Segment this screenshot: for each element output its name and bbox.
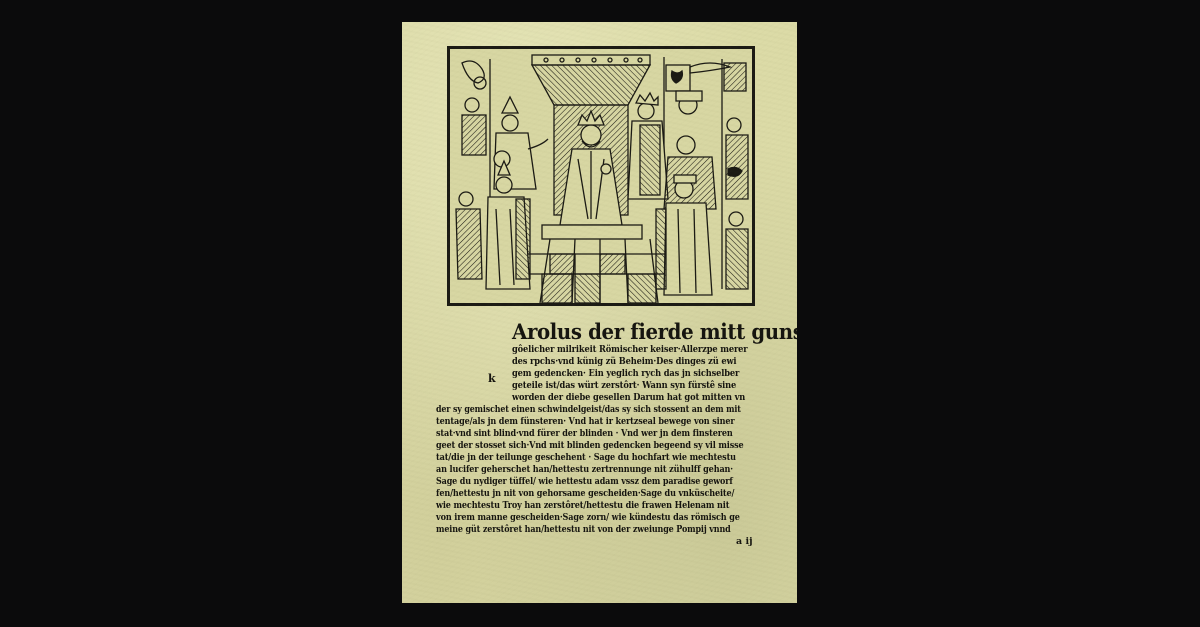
enthroned-emperor-woodcut-icon [450,49,752,303]
woodcut-illustration [447,46,755,306]
text-line: worden der diebe gesellen Darum hat got … [512,392,745,404]
headline: Arolus der fierde mitt gunste [512,320,768,344]
text-line: an lucifer geherschet han/hettestu zertr… [436,464,733,476]
text-line: geet der stosset sich·Vnd mit blinden ge… [436,440,744,452]
text-line: meine güt zerstôret han/hettestu nit von… [436,524,731,536]
text-line: stat·vnd sint blind·vnd fürer der blinde… [436,428,733,440]
text-line: geteile ist/das würt zerstôrt· Wann syn … [512,380,736,392]
text-line: von irem manne gescheiden·Sage zorn/ wie… [436,512,740,524]
text-line: fen/hettestu jn nit von gehorsame gesche… [436,488,734,500]
text-line: tentage/als jn dem fünsteren· Vnd hat ir… [436,416,734,428]
book-page: Arolus der fierde mitt gunste k gôeliche… [402,22,797,603]
guide-letter: k [488,372,496,385]
image-viewer: Arolus der fierde mitt gunste k gôeliche… [0,0,1200,627]
text-line: gôelicher milrikeit Römischer keiser·All… [512,344,748,356]
text-line: des rpchs·vnd künig zü Beheim·Des dinges… [512,356,736,368]
text-line: gem gedencken· Ein yeglich rych das jn s… [512,368,739,380]
text-line: tat/die jn der teilunge geschehent · Sag… [436,452,736,464]
text-line: der sy gemischet einen schwindelgeist/da… [436,404,741,416]
text-line: wie mechtestu Troy han zerstôret/hettest… [436,500,729,512]
signature-mark: a ij [736,536,753,548]
text-line: Sage du nydiger tüffel/ wie hettestu ada… [436,476,733,488]
